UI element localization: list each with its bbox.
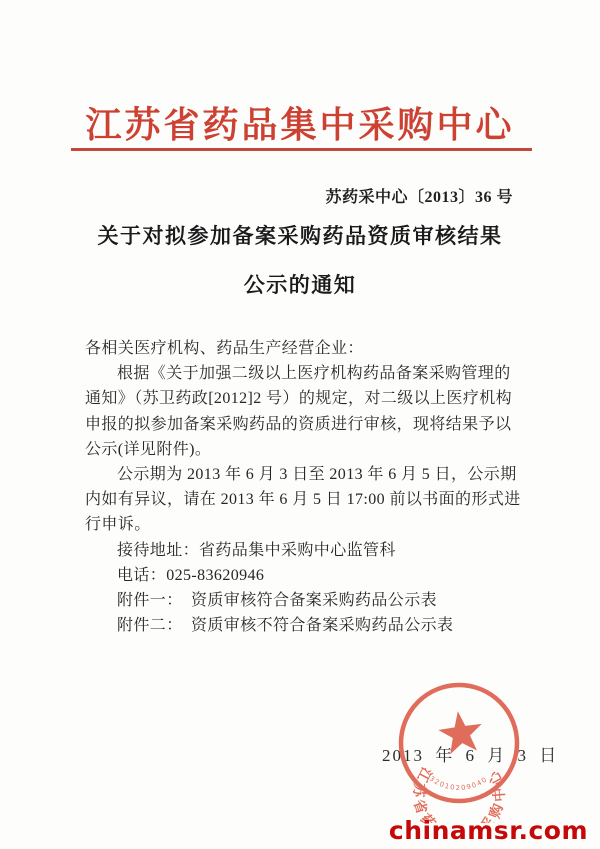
contact-address-line: 接待地址：省药品集中采购中心监管科 <box>85 538 509 563</box>
contact-phone-line: 电话：025-83620946 <box>85 563 509 588</box>
seal-org-text: 江苏省药品集中采购中心 <box>409 764 508 823</box>
attachment-1-line: 附件一： 资质审核符合备案采购药品公示表 <box>85 588 509 613</box>
attachment-2-line: 附件二： 资质审核不符合备案采购药品公示表 <box>85 613 509 638</box>
letterhead-org-title: 江苏省药品集中采购中心 <box>0 97 600 148</box>
notice-title-line-1: 关于对拟参加备案采购药品资质审核结果 <box>0 220 600 250</box>
scanned-notice-document: 江苏省药品集中采购中心 苏药采中心〔2013〕36 号 关于对拟参加备案采购药品… <box>0 0 600 849</box>
body-line: 公示(详见附件)。 <box>85 437 509 462</box>
body-line: 行申诉。 <box>85 512 509 537</box>
letterhead-divider-line <box>71 148 532 151</box>
body-line: 内如有异议，请在 2013 年 6 月 5 日 17:00 前以书面的形式进 <box>85 487 509 512</box>
notice-title-line-2: 公示的通知 <box>0 269 600 299</box>
body-line: 申报的拟参加备案采购药品的资质进行审核，现将结果予以 <box>85 412 509 437</box>
notice-body: 各相关医疗机构、药品生产经营企业： 根据《关于加强二级以上医疗机构药品备案采购管… <box>85 336 509 638</box>
site-watermark: chinamsr.com <box>389 816 588 845</box>
star-icon <box>436 708 485 755</box>
body-line: 通知》（苏卫药政[2012]2 号）的规定，对二级以上医疗机构 <box>85 386 509 411</box>
salutation-line: 各相关医疗机构、药品生产经营企业： <box>85 336 509 361</box>
document-number: 苏药采中心〔2013〕36 号 <box>325 184 513 207</box>
svg-text:江苏省药品集中采购中心: 江苏省药品集中采购中心 <box>409 764 508 823</box>
body-line: 公示期为 2013 年 6 月 3 日至 2013 年 6 月 5 日，公示期 <box>85 462 509 487</box>
official-seal: 江苏省药品集中采购中心 3201020904086 <box>379 663 539 823</box>
body-line: 根据《关于加强二级以上医疗机构药品备案采购管理的 <box>85 361 509 386</box>
